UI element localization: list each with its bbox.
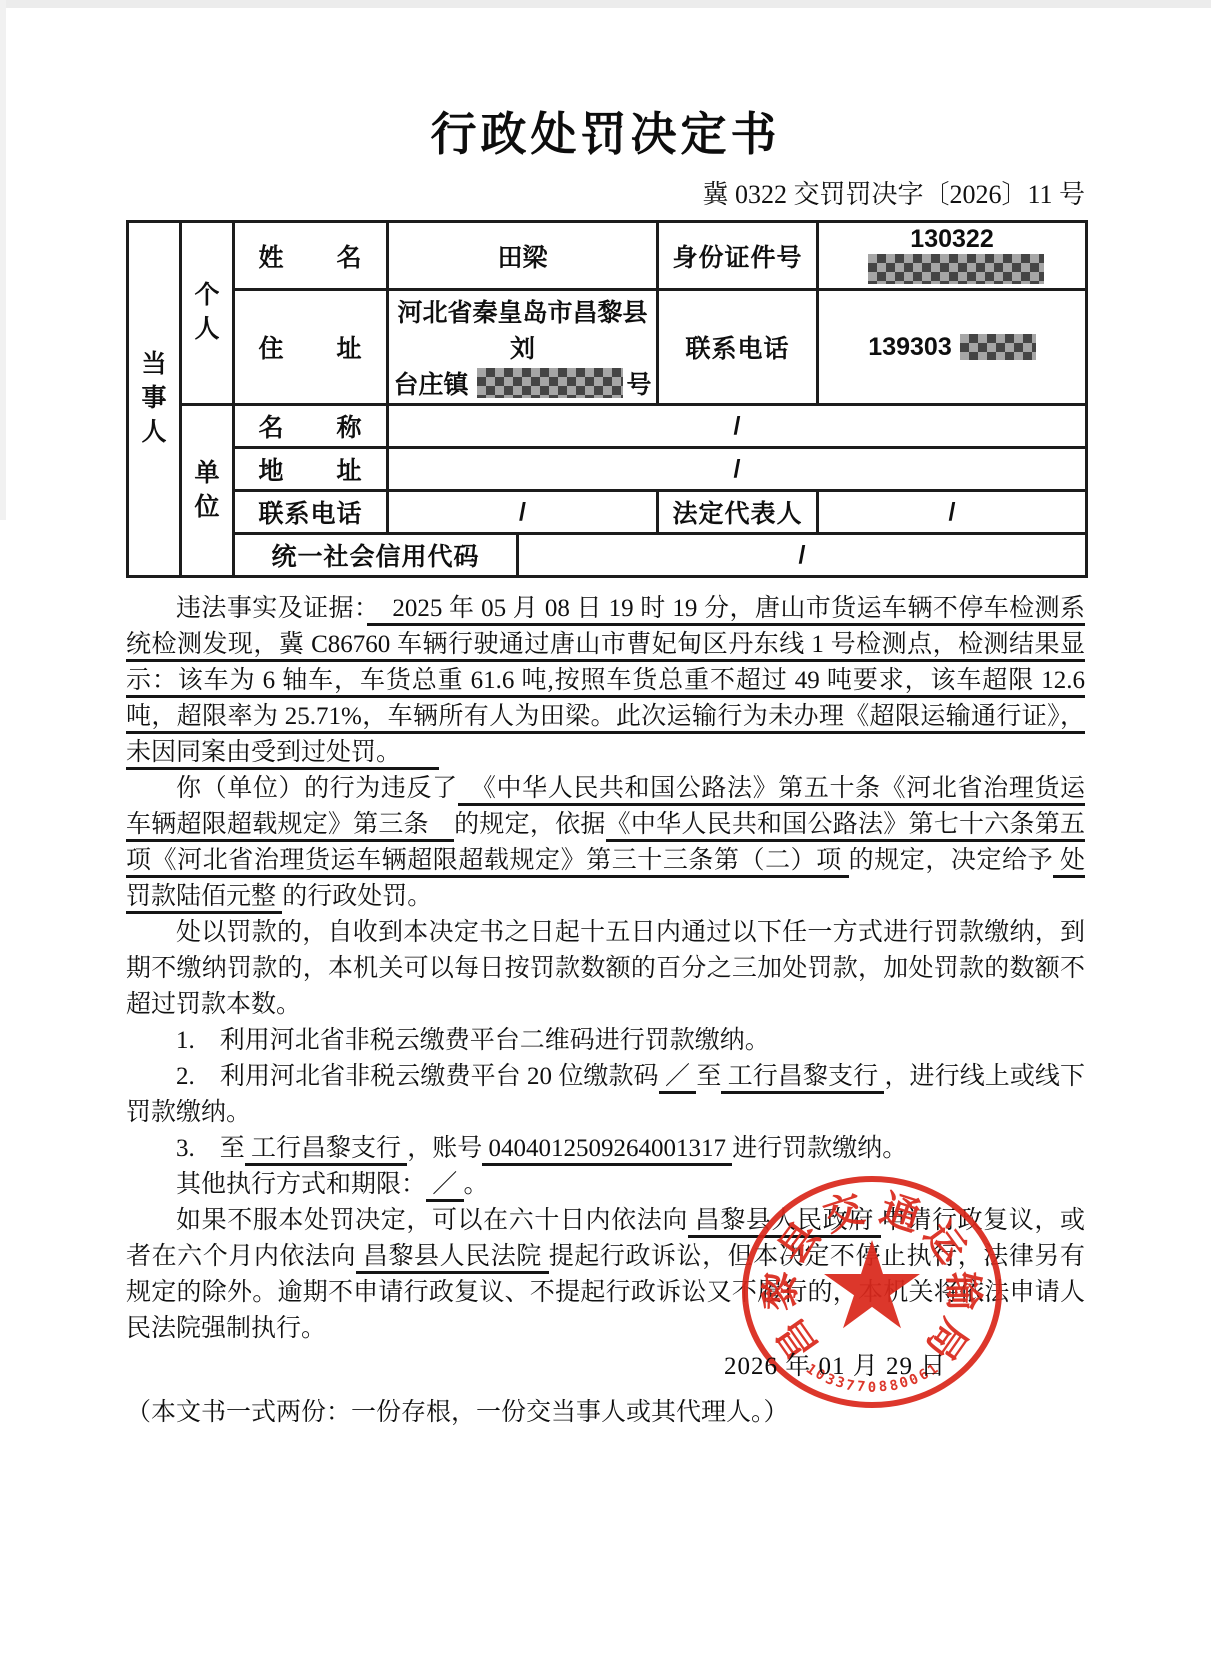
phone-value: 139303	[818, 290, 1087, 405]
document-title: 行政处罚决定书	[126, 98, 1085, 164]
id-visible-prefix: 130322	[910, 225, 993, 253]
unit-address-label: 地 址	[234, 448, 388, 491]
unit-label-cell: 单位	[181, 405, 234, 577]
table-row: 住 址 河北省秦皇岛市昌黎县刘 台庄镇号 联系电话 139303	[128, 290, 1087, 405]
unit-phone-value: /	[388, 491, 658, 534]
address-line1: 河北省秦皇岛市昌黎县刘	[398, 299, 648, 363]
seal-text-char: 黎	[760, 1269, 805, 1314]
address-line2-suffix: 号	[627, 371, 652, 399]
paragraph-payment-intro: 处以罚款的，自收到本决定书之日起十五日内通过以下任一方式进行罚款缴纳，到期不缴纳…	[126, 915, 1085, 1023]
table-row: 单位 名 称 /	[128, 405, 1087, 448]
unit-phone-label: 联系电话	[234, 491, 388, 534]
address-value: 河北省秦皇岛市昌黎县刘 台庄镇号	[388, 290, 658, 405]
credit-code-value: /	[518, 534, 1087, 577]
redaction-mosaic	[477, 368, 623, 398]
table-row: 地 址 /	[128, 448, 1087, 491]
phone-label: 联系电话	[658, 290, 818, 405]
document-page: 行政处罚决定书 冀 0322 交罚罚决字〔2026〕11 号 当事人 个人 姓 …	[126, 0, 1085, 1347]
footer-note: （本文书一式两份：一份存根，一份交当事人或其代理人。）	[126, 1392, 789, 1428]
paragraph-facts: 违法事实及证据： 2025 年 05 月 08 日 19 时 19 分，唐山市货…	[126, 591, 1085, 771]
person-label-cell: 个人	[181, 222, 234, 405]
party-info-table: 当事人 个人 姓 名 田梁 身份证件号 130322 住 址 河北省秦皇岛市昌黎…	[126, 220, 1088, 578]
decision-date: 2026 年 01 月 29 日	[724, 1346, 946, 1382]
party-label-cell: 当事人	[128, 222, 181, 577]
payment-item-1: 1. 利用河北省非税云缴费平台二维码进行罚款缴纳。	[126, 1023, 1085, 1059]
address-line2-prefix: 台庄镇	[393, 371, 468, 399]
unit-name-value: /	[388, 405, 1087, 448]
unit-address-value: /	[388, 448, 1087, 491]
payment-item-2: 2. 利用河北省非税云缴费平台 20 位缴款码 ／ 至 工行昌黎支行 ，进行线上…	[126, 1059, 1085, 1131]
redaction-mosaic	[868, 254, 1044, 284]
paragraph-violation-decision: 你（单位）的行为违反了 《中华人民共和国公路法》第五十条《河北省治理货运车辆超限…	[126, 771, 1085, 915]
id-label: 身份证件号	[658, 222, 818, 290]
legal-rep-label: 法定代表人	[658, 491, 818, 534]
address-label: 住 址	[234, 290, 388, 405]
payment-item-3: 3. 至 工行昌黎支行 ，账号 0404012509264001317 进行罚款…	[126, 1131, 1085, 1167]
name-value: 田梁	[388, 222, 658, 290]
phone-visible-prefix: 139303	[868, 333, 951, 361]
scan-edge-artifact	[0, 0, 6, 520]
credit-code-label: 统一社会信用代码	[234, 534, 518, 577]
seal-text-char: 输	[940, 1269, 985, 1314]
legal-rep-value: /	[818, 491, 1087, 534]
name-label: 姓 名	[234, 222, 388, 290]
redaction-mosaic	[960, 334, 1036, 360]
unit-name-label: 名 称	[234, 405, 388, 448]
document-number: 冀 0322 交罚罚决字〔2026〕11 号	[126, 174, 1085, 211]
table-row: 统一社会信用代码 /	[128, 534, 1087, 577]
seal-code-digit: 0	[867, 1380, 877, 1396]
table-row: 当事人 个人 姓 名 田梁 身份证件号 130322	[128, 222, 1087, 290]
id-value: 130322	[818, 222, 1087, 290]
table-row: 联系电话 / 法定代表人 /	[128, 491, 1087, 534]
